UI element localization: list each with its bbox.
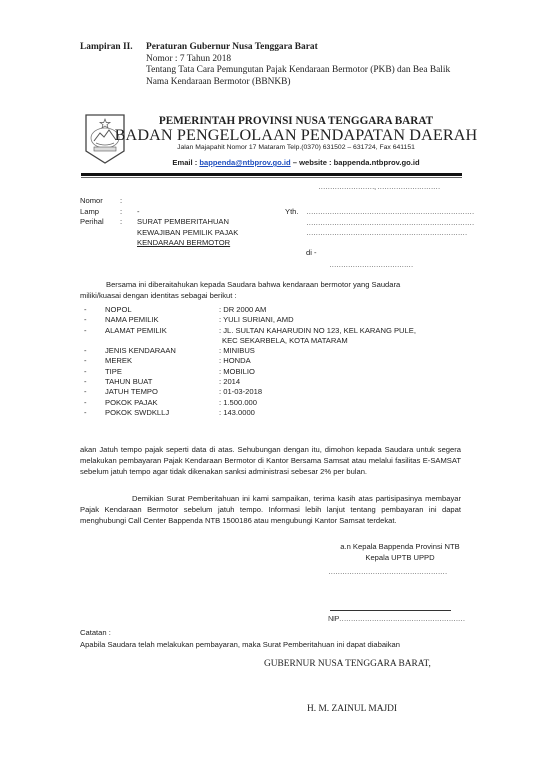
- bullet-dash: -: [84, 367, 87, 378]
- email-label: Email :: [172, 158, 199, 167]
- item-label: POKOK SWDKLLJ: [105, 408, 169, 419]
- recipient-line: ……………………………………………………………: [306, 228, 474, 239]
- item-value: : 143.0000: [219, 408, 255, 419]
- item-label: POKOK PAJAK: [105, 398, 158, 409]
- colon: :: [120, 207, 122, 218]
- recipient-location-dots: ………………………………: [329, 260, 413, 271]
- bullet-dash: -: [84, 326, 87, 337]
- perihal-line-3: KENDARAAN BERMOTOR: [137, 238, 230, 249]
- bullet-dash: -: [84, 315, 87, 326]
- item-value: : 1.500.000: [219, 398, 257, 409]
- lamp-label: Lamp: [80, 207, 99, 218]
- signature-line-2: Kepala UPTB UPPD: [320, 552, 480, 563]
- item-label: NOPOL: [105, 305, 132, 316]
- lampiran-label: Lampiran II.: [80, 42, 133, 54]
- recipient-line: ………………………………………………………………: [306, 207, 474, 218]
- item-label: TAHUN BUAT: [105, 377, 152, 388]
- lampiran-nomor: Nomor : 7 Tahun 2018: [146, 54, 450, 66]
- email-link[interactable]: bappenda@ntbprov.go.id: [199, 158, 290, 167]
- item-label: JATUH TEMPO: [105, 387, 158, 398]
- colon: :: [120, 217, 122, 228]
- item-value-cont: KEC SEKARBELA, KOTA MATARAM: [222, 336, 348, 347]
- note-title: Catatan :: [80, 627, 400, 639]
- paragraph-closing-text: Demikian Surat Pemberitahuan ini kami sa…: [80, 494, 461, 525]
- item-value: : MOBILIO: [219, 367, 255, 378]
- letterhead-rule-thick: [81, 173, 462, 176]
- perihal-line-2: KEWAJIBAN PEMILIK PAJAK: [137, 228, 238, 239]
- lampiran-title: Peraturan Gubernur Nusa Tenggara Barat: [146, 42, 450, 54]
- paragraph-closing: Demikian Surat Pemberitahuan ini kami sa…: [80, 493, 461, 526]
- bullet-dash: -: [84, 356, 87, 367]
- bullet-dash: -: [84, 408, 87, 419]
- item-value: : DR 2000 AM: [219, 305, 266, 316]
- item-value: : JL. SULTAN KAHARUDIN NO 123, KEL KARAN…: [219, 326, 416, 337]
- item-label: NAMA PEMILIK: [105, 315, 159, 326]
- website-text: – website : bappenda.ntbprov.go.id: [291, 158, 420, 167]
- nomor-label: Nomor: [80, 196, 103, 207]
- lampiran-tentang-1: Tentang Tata Cara Pemungutan Pajak Kenda…: [146, 65, 450, 77]
- intro-line-1: Bersama ini diberaitahukan kepada Saudar…: [80, 280, 460, 291]
- letterhead-agency: BADAN PENGELOLAAN PENDAPATAN DAERAH: [0, 126, 550, 145]
- intro-line-2: miliki/kuasai dengan identitas sebagai b…: [80, 291, 460, 302]
- recipient-yth: Yth.: [285, 207, 299, 218]
- signature-name-dots: ……………………………………………: [328, 567, 447, 578]
- signature-line-1: a.n Kepala Bappenda Provinsi NTB: [320, 541, 480, 552]
- bullet-dash: -: [84, 377, 87, 388]
- colon: :: [120, 196, 122, 207]
- item-value: : YULI SURIANI, AMD: [219, 315, 294, 326]
- bullet-dash: -: [84, 387, 87, 398]
- item-value: : 01-03-2018: [219, 387, 262, 398]
- signature-line: [330, 610, 451, 611]
- letterhead-address: Jalan Majapahit Nomor 17 Mataram Telp.(0…: [0, 144, 550, 151]
- item-value: : 2014: [219, 377, 240, 388]
- perihal-line-1: SURAT PEMBERITAHUAN: [137, 217, 229, 228]
- paragraph-due-notice: akan Jatuh tempo pajak seperti data di a…: [80, 444, 461, 477]
- note-block: Catatan : Apabila Saudara telah melakuka…: [80, 627, 400, 651]
- item-label: JENIS KENDARAAN: [105, 346, 176, 357]
- bullet-dash: -: [84, 305, 87, 316]
- bullet-dash: -: [84, 346, 87, 357]
- item-label: ALAMAT PEMILIK: [105, 326, 167, 337]
- item-label: MEREK: [105, 356, 132, 367]
- perihal-label: Perihal: [80, 217, 104, 228]
- letterhead-contact: Email : bappenda@ntbprov.go.id – website…: [0, 158, 550, 167]
- signature-block: a.n Kepala Bappenda Provinsi NTB Kepala …: [320, 541, 480, 563]
- governor-title: GUBERNUR NUSA TENGGARA BARAT,: [264, 659, 431, 669]
- recipient-lines: ……………………………………………………………… …………………………………………: [306, 207, 474, 239]
- place-date-placeholder: ……………………, ………………………: [318, 182, 440, 193]
- letterhead-rule-thin: [81, 177, 462, 178]
- intro-paragraph: Bersama ini diberaitahukan kepada Saudar…: [80, 280, 460, 301]
- lamp-value: -: [137, 207, 140, 218]
- item-label: TIPE: [105, 367, 122, 378]
- lampiran-tentang-2: Nama Kendaraan Bermotor (BBNKB): [146, 77, 450, 89]
- note-text: Apabila Saudara telah melakukan pembayar…: [80, 639, 400, 651]
- recipient-line: ………………………………………………………………: [306, 218, 474, 229]
- bullet-dash: -: [84, 398, 87, 409]
- recipient-di: di -: [306, 248, 317, 259]
- item-value: : HONDA: [219, 356, 251, 367]
- governor-name: H. M. ZAINUL MAJDI: [307, 704, 397, 714]
- signature-nip: NIP………………………………………………: [328, 614, 465, 625]
- item-value: : MINIBUS: [219, 346, 255, 357]
